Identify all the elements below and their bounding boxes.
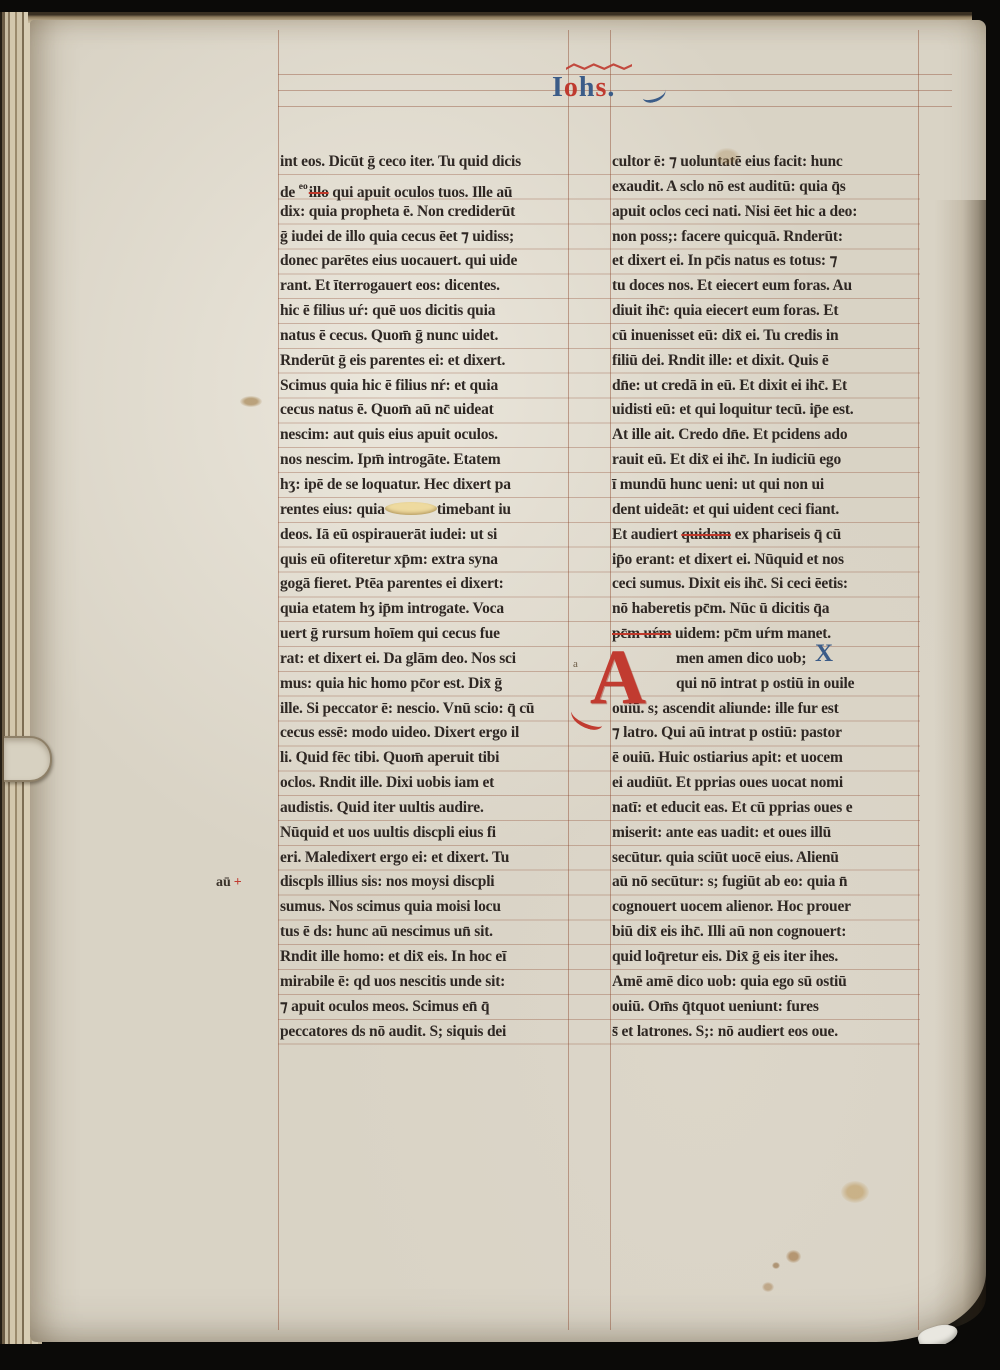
text-segment: et dixert ei. In pc̄is natus es totus: ⁊ (612, 252, 837, 269)
text-line: aū nō secūtur: s; fugiūt ab eo: quia n̄ (612, 870, 920, 895)
parchment-hole (385, 502, 437, 515)
text-line: sumus. Nos scimus quia moisi locu (280, 895, 570, 920)
text-segment: dn̄e: ut credā in eū. Et dixit ei ihc̄. … (612, 377, 847, 394)
text-segment: sumus. Nos scimus quia moisi locu (280, 898, 501, 915)
text-line: secūtur. quia sciūt uocē eius. Alienū (612, 846, 920, 871)
text-line: Scimus quia hic ē filius nŕ: et quia (280, 374, 570, 399)
text-line: ille. Si peccator ē: nescio. Vnū scio: q… (280, 697, 570, 722)
text-segment: hic ē filius uŕ: quē uos dicitis quia (280, 302, 495, 319)
text-segment: ei audiūt. Et pprias oues uocat nomi (612, 774, 843, 791)
text-segment: li. Quid fēc tibi. Quom̄ aperuit tibi (280, 749, 499, 766)
text-segment: apuit oclos ceci nati. Nisi ēet hic a de… (612, 203, 857, 220)
text-segment: eri. Maledixert ergo ei: et dixert. Tu (280, 849, 509, 866)
text-line: rant. Et īterrogauert eos: dicentes. (280, 274, 570, 299)
text-column-left: int eos. Dicūt ḡ ceco iter. Tu quid dici… (280, 150, 570, 1044)
text-segment: ⁊ latro. Qui aū intrat p ostiū: pastor (612, 724, 842, 741)
text-line: discpls illius sis: nos moysi discpli (280, 870, 570, 895)
text-line: tu doces nos. Et eiecert eum foras. Au (612, 274, 920, 299)
text-line: oclos. Rndit ille. Dixi uobis iam et (280, 771, 570, 796)
text-segment: Et audiert (612, 526, 681, 543)
text-line: dn̄e: ut credā in eū. Et dixit ei ihc̄. … (612, 374, 920, 399)
text-segment: quid loq̄retur eis. Dix̄ ḡ eis iter ihes… (612, 948, 838, 965)
text-segment: cū inuenisset eū: dix̄ ei. Tu credis in (612, 327, 838, 344)
text-line: quis eū ofiteretur xp̄m: extra syna (280, 548, 570, 573)
text-segment: Nūquid et uos uultis discpli eius fi (280, 824, 496, 841)
text-line: men amen dico uob;X (612, 647, 920, 672)
text-line: Rndit ille homo: et dix̄ eis. In hoc eī (280, 945, 570, 970)
text-segment: audistis. Quid iter uultis audire. (280, 799, 484, 816)
text-segment: deos. Iā eū ospirauerāt iudei: ut si (280, 526, 497, 543)
text-segment: ouiū. Om̄s q̄tquot ueniunt: fures (612, 998, 819, 1015)
text-line: filiū dei. Rndit ille: et dixit. Quis ē (612, 349, 920, 374)
text-segment: dix: quia propheta ē. Non crediderūt (280, 203, 515, 220)
text-segment: nos nescim. Ipm̄ introgāte. Etatem (280, 451, 500, 468)
text-line: ip̄o erant: et dixert ei. Nūquid et nos (612, 548, 920, 573)
manuscript-photo: Iohs. int eos. Dicūt ḡ ceco iter. Tu qui… (0, 0, 1000, 1370)
text-segment: natus ē cecus. Quom̄ ḡ nunc uidet. (280, 327, 498, 344)
text-segment: gogā fieret. Ptēa parentes ei dixert: (280, 575, 504, 592)
text-line: cultor ē: ⁊ uoluntatē eius facit: hunc (612, 150, 920, 175)
text-line: ⁊ apuit oculos meos. Scimus en̄ q̄ (280, 995, 570, 1020)
text-segment: rentes eius: quia (280, 501, 385, 518)
text-segment: timebant iu (437, 501, 511, 518)
manuscript-page: Iohs. int eos. Dicūt ḡ ceco iter. Tu qui… (30, 20, 986, 1342)
text-segment: de (280, 184, 299, 201)
text-column-right: cultor ē: ⁊ uoluntatē eius facit: huncex… (612, 150, 920, 1044)
text-segment: cecus essē: modo uideo. Dixert ergo il (280, 724, 519, 741)
text-segment: hʒ: ipē de se loquatur. Hec dixert pa (280, 476, 511, 493)
text-segment: natī: et educit eas. Et cū pprias oues e (612, 799, 852, 816)
title-letter: h (579, 72, 596, 104)
text-line: peccatores ds nō audit. S; siquis dei (280, 1020, 570, 1045)
text-segment: peccatores ds nō audit. S; siquis dei (280, 1023, 506, 1040)
photo-frame-right (987, 0, 1000, 1370)
text-segment: diuit ihc̄: quia eiecert eum foras. Et (612, 302, 838, 319)
text-line: uert ḡ rursum hoīem qui cecus fue (280, 622, 570, 647)
text-segment: rant. Et īterrogauert eos: dicentes. (280, 277, 500, 294)
text-line: s̄ et latrones. S;: nō audiert eos oue. (612, 1020, 920, 1045)
text-segment: cultor ē: ⁊ uoluntatē eius facit: hunc (612, 153, 843, 170)
text-segment: exaudit. A sclo nō est auditū: quia q̄s (612, 178, 846, 195)
text-line: ḡ iudei de illo quia cecus ēet ⁊ uidiss; (280, 225, 570, 250)
text-segment: miserit: ante eas uadit: et oues illū (612, 824, 831, 841)
text-line: uidisti eū: et qui loquitur tecū. ip̄e e… (612, 398, 920, 423)
text-segment: cognouert uocem alienor. Hoc prouer (612, 898, 851, 915)
text-line: quid loq̄retur eis. Dix̄ ḡ eis iter ihes… (612, 945, 920, 970)
text-segment: s̄ et latrones. S;: nō audiert eos oue. (612, 1023, 838, 1040)
text-line: nō haberetis pc̄m. Nūc ū dicitis q̄a (612, 597, 920, 622)
text-line: quia etatem hʒ ip̄m introgate. Voca (280, 597, 570, 622)
text-line: mirabile ē: qd uos nescitis unde sit: (280, 970, 570, 995)
text-line: dent uideāt: et qui uident ceci fiant. (612, 498, 920, 523)
text-line: ceci sumus. Dixit eis ihc̄. Si ceci ēeti… (612, 572, 920, 597)
text-line: cognouert uocem alienor. Hoc prouer (612, 895, 920, 920)
title-letter: . (607, 72, 615, 104)
text-segment: nō haberetis pc̄m. Nūc ū dicitis q̄a (612, 600, 829, 617)
ruling-vertical-left-outer (278, 30, 279, 1330)
text-line: exaudit. A sclo nō est auditū: quia q̄s (612, 175, 920, 200)
text-segment: Rnderūt ḡ eis parentes ei: et dixert. (280, 352, 505, 369)
text-line: ī mundū hunc ueni: ut qui non ui (612, 473, 920, 498)
parchment-stain (762, 1282, 774, 1292)
text-line: apuit oclos ceci nati. Nisi ēet hic a de… (612, 200, 920, 225)
margin-note: aū+ (216, 875, 242, 891)
text-line: Rnderūt ḡ eis parentes ei: et dixert. (280, 349, 570, 374)
text-segment: Rndit ille homo: et dix̄ eis. In hoc eī (280, 948, 506, 965)
text-line: de eoillo qui apuit oculos tuos. Ille aū (280, 175, 570, 200)
title-flourish (640, 83, 667, 104)
text-segment: uidem: pc̄m uŕm manet. (671, 625, 831, 642)
text-line: natus ē cecus. Quom̄ ḡ nunc uidet. (280, 324, 570, 349)
text-line: deos. Iā eū ospirauerāt iudei: ut si (280, 523, 570, 548)
text-segment: donec parētes eius uocauert. qui uide (280, 252, 517, 269)
text-segment: secūtur. quia sciūt uocē eius. Alienū (612, 849, 839, 866)
text-line: tus ē ds: hunc aū nescimus un̄ sit. (280, 920, 570, 945)
title-letter: s (595, 72, 607, 104)
ruling-header-line (278, 106, 952, 107)
text-line: qui nō intrat p ostiū in ouile (612, 672, 920, 697)
text-line: hic ē filius uŕ: quē uos dicitis quia (280, 299, 570, 324)
text-line: li. Quid fēc tibi. Quom̄ aperuit tibi (280, 746, 570, 771)
text-segment: quis eū ofiteretur xp̄m: extra syna (280, 551, 498, 568)
text-line: gogā fieret. Ptēa parentes ei dixert: (280, 572, 570, 597)
text-line: nescim: aut quis eius apuit oculos. (280, 423, 570, 448)
parchment-stain (772, 1262, 780, 1269)
text-line: int eos. Dicūt ḡ ceco iter. Tu quid dici… (280, 150, 570, 175)
illuminated-initial: A (582, 644, 654, 716)
text-line: hʒ: ipē de se loquatur. Hec dixert pa (280, 473, 570, 498)
red-struck-text: quidam (681, 526, 731, 543)
text-line: Nūquid et uos uultis discpli eius fi (280, 821, 570, 846)
text-segment: At ille ait. Credo dn̄e. Et pcidens ado (612, 426, 847, 443)
text-segment: mirabile ē: qd uos nescitis unde sit: (280, 973, 505, 990)
margin-note-cross-mark: + (234, 875, 242, 890)
margin-smudge (240, 396, 262, 407)
margin-note-text: aū (216, 875, 231, 890)
text-segment: ḡ iudei de illo quia cecus ēet ⁊ uidiss; (280, 228, 514, 245)
text-line: miserit: ante eas uadit: et oues illū (612, 821, 920, 846)
text-line: rentes eius: quiatimebant iu (280, 498, 570, 523)
text-segment: ⁊ apuit oculos meos. Scimus en̄ q̄ (280, 998, 489, 1015)
text-segment: qui apuit oculos tuos. Ille aū (329, 184, 513, 201)
text-segment: ē ouiū. Huic ostiarius apit: et uocem (612, 749, 843, 766)
text-segment: uert ḡ rursum hoīem qui cecus fue (280, 625, 500, 642)
text-line: ouiū. Om̄s q̄tquot ueniunt: fures (612, 995, 920, 1020)
text-segment: biū dix̄ eis ihc̄. Illi aū non cognouert… (612, 923, 846, 940)
text-line: dix: quia propheta ē. Non crediderūt (280, 200, 570, 225)
text-line: pc̄m uŕm uidem: pc̄m uŕm manet. (612, 622, 920, 647)
text-segment: int eos. Dicūt ḡ ceco iter. Tu quid dici… (280, 153, 521, 170)
text-segment: quia etatem hʒ ip̄m introgate. Voca (280, 600, 504, 617)
text-line: biū dix̄ eis ihc̄. Illi aū non cognouert… (612, 920, 920, 945)
text-line: natī: et educit eas. Et cū pprias oues e (612, 796, 920, 821)
text-segment: uidisti eū: et qui loquitur tecū. ip̄e e… (612, 401, 854, 418)
text-line: ⁊ latro. Qui aū intrat p ostiū: pastor (612, 721, 920, 746)
title-letter: o (564, 72, 579, 104)
text-segment: ceci sumus. Dixit eis ihc̄. Si ceci ēeti… (612, 575, 848, 592)
text-line: At ille ait. Credo dn̄e. Et pcidens ado (612, 423, 920, 448)
text-line: Et audiert quidam ex phariseis q̄ cū (612, 523, 920, 548)
chapter-numeral: X (815, 642, 833, 667)
text-line: mus: quia hic homo pc̄or est. Dix̄ ḡ (280, 672, 570, 697)
text-segment: Scimus quia hic ē filius nŕ: et quia (280, 377, 498, 394)
text-segment: non poss;: facere quicquā. Rnderūt: (612, 228, 843, 245)
text-line: Amē amē dico uob: quia ego sū ostiū (612, 970, 920, 995)
text-line: ei audiūt. Et pprias oues uocat nomi (612, 771, 920, 796)
text-segment: Amē amē dico uob: quia ego sū ostiū (612, 973, 847, 990)
text-segment: ip̄o erant: et dixert ei. Nūquid et nos (612, 551, 844, 568)
text-segment: aū nō secūtur: s; fugiūt ab eo: quia n̄ (612, 873, 847, 890)
text-line: eri. Maledixert ergo ei: et dixert. Tu (280, 846, 570, 871)
text-segment: ī mundū hunc ueni: ut qui non ui (612, 476, 824, 493)
text-line: audistis. Quid iter uultis audire. (280, 796, 570, 821)
text-segment: oclos. Rndit ille. Dixi uobis iam et (280, 774, 494, 791)
text-segment: tus ē ds: hunc aū nescimus un̄ sit. (280, 923, 493, 940)
guide-letter: a (573, 658, 578, 670)
text-line: nos nescim. Ipm̄ introgāte. Etatem (280, 448, 570, 473)
text-line: cū inuenisset eū: dix̄ ei. Tu credis in (612, 324, 920, 349)
text-line: donec parētes eius uocauert. qui uide (280, 249, 570, 274)
title-abbreviation-mark (566, 62, 632, 70)
photo-frame-top (0, 0, 1000, 12)
text-line: cecus natus ē. Quom̄ aū nc̄ uideat (280, 398, 570, 423)
gutter-fastener-tab (4, 736, 52, 782)
parchment-stain (841, 1181, 869, 1203)
text-segment: ex phariseis q̄ cū (731, 526, 841, 543)
text-segment: men amen dico uob; (676, 650, 806, 667)
page-fore-edge-shadow (934, 200, 986, 1330)
text-line: ē ouiū. Huic ostiarius apit: et uocem (612, 746, 920, 771)
title-letter: I (552, 72, 564, 104)
text-line: ouiū. s; ascendit aliunde: ille fur est (612, 697, 920, 722)
text-line: non poss;: facere quicquā. Rnderūt: (612, 225, 920, 250)
text-segment: ille. Si peccator ē: nescio. Vnū scio: q… (280, 700, 534, 717)
text-segment: dent uideāt: et qui uident ceci fiant. (612, 501, 839, 518)
text-line: rat: et dixert ei. Da glām deo. Nos sci (280, 647, 570, 672)
text-line: cecus essē: modo uideo. Dixert ergo il (280, 721, 570, 746)
text-segment: tu doces nos. Et eiecert eum foras. Au (612, 277, 852, 294)
text-segment: rauit eū. Et dix̄ ei ihc̄. In iudiciū eg… (612, 451, 841, 468)
text-segment: discpls illius sis: nos moysi discpli (280, 873, 494, 890)
photo-frame-bottom (0, 1344, 1000, 1370)
text-line: diuit ihc̄: quia eiecert eum foras. Et (612, 299, 920, 324)
text-segment: eo (299, 182, 308, 192)
text-segment: rat: et dixert ei. Da glām deo. Nos sci (280, 650, 516, 667)
text-segment: filiū dei. Rndit ille: et dixit. Quis ē (612, 352, 829, 369)
red-struck-text: illo (309, 184, 329, 201)
text-segment: nescim: aut quis eius apuit oculos. (280, 426, 498, 443)
running-title: Iohs. (552, 72, 615, 106)
text-segment: qui nō intrat p ostiū in ouile (676, 675, 854, 692)
text-segment: cecus natus ē. Quom̄ aū nc̄ uideat (280, 401, 494, 418)
text-line: et dixert ei. In pc̄is natus es totus: ⁊ (612, 249, 920, 274)
parchment-stain (786, 1250, 801, 1263)
text-segment: mus: quia hic homo pc̄or est. Dix̄ ḡ (280, 675, 502, 692)
text-line: rauit eū. Et dix̄ ei ihc̄. In iudiciū eg… (612, 448, 920, 473)
